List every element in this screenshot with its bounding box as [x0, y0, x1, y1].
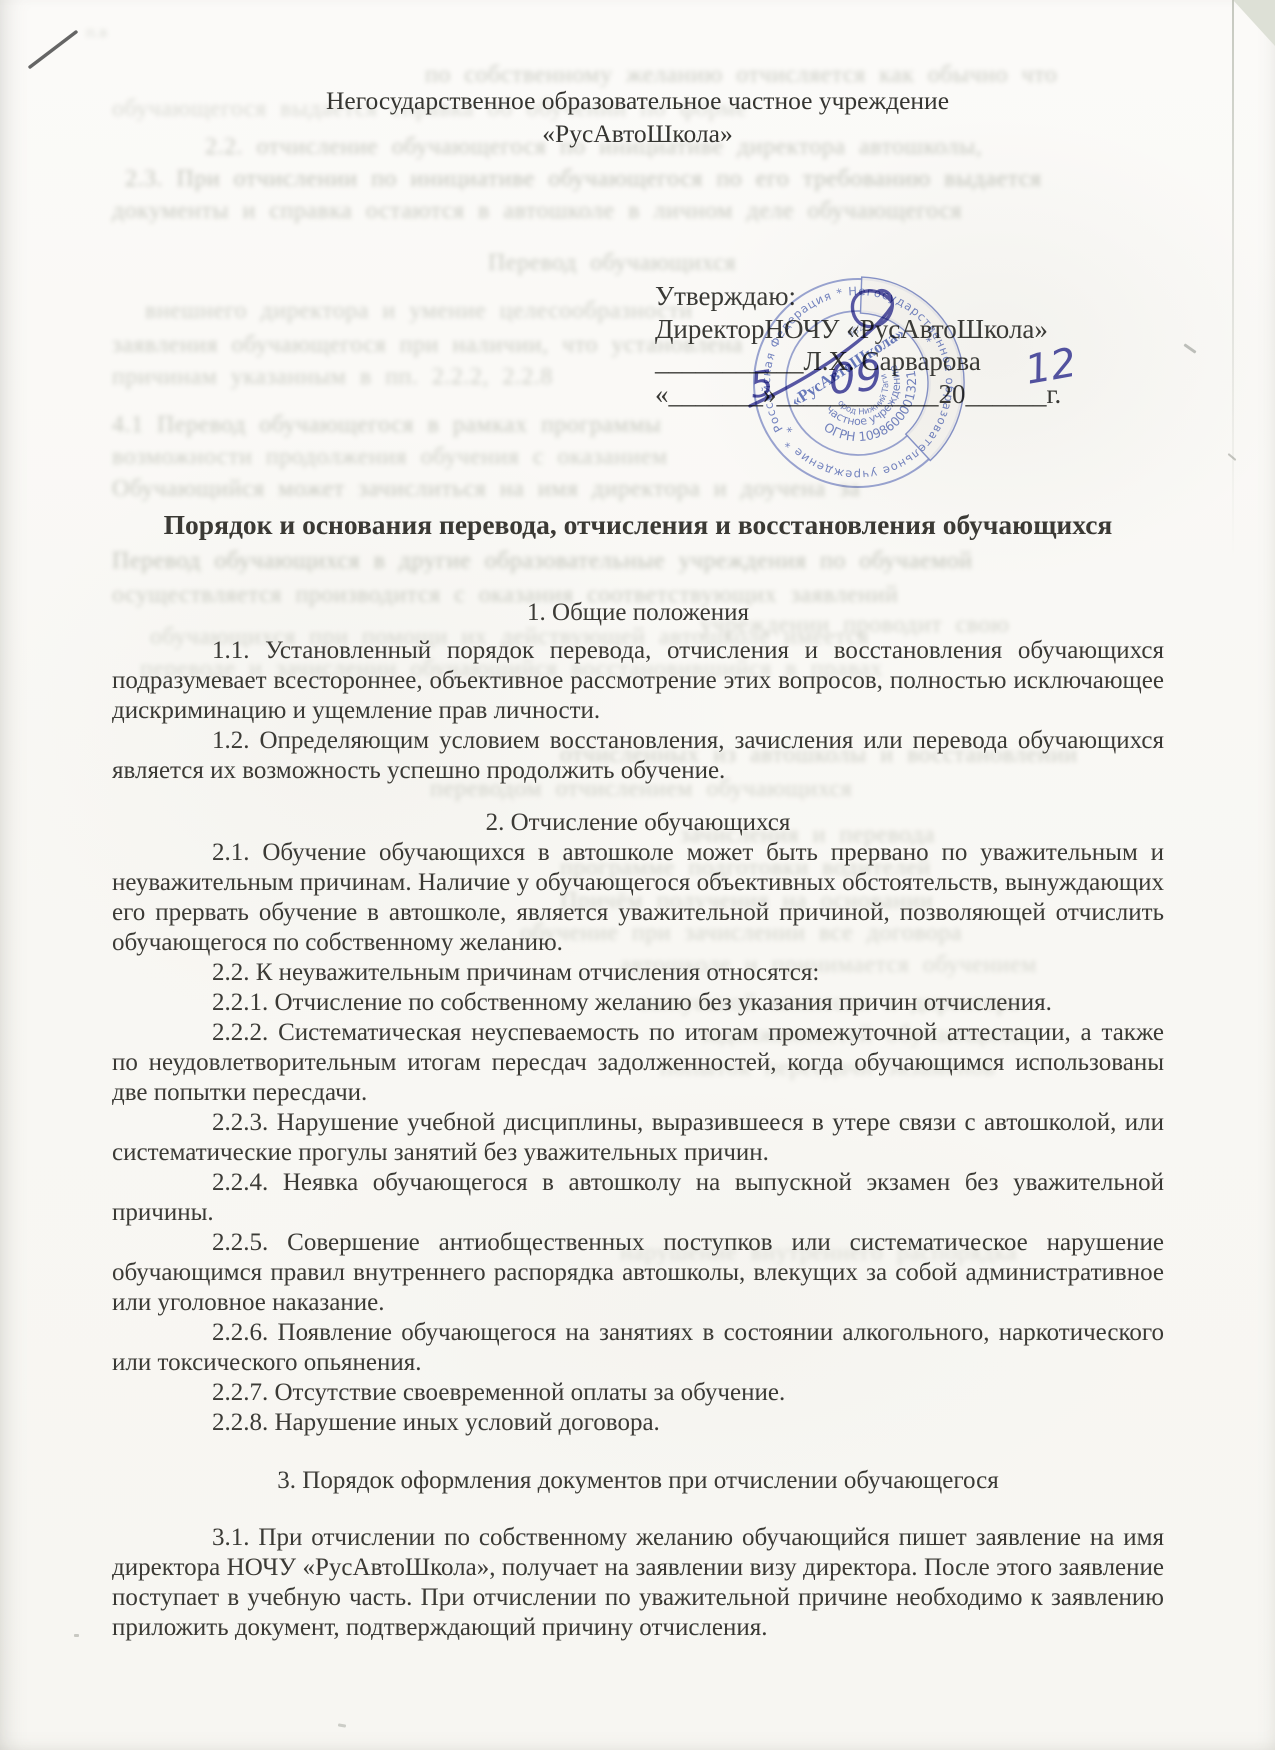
- section-heading-1: 1. Общие положения: [112, 598, 1164, 628]
- scan-speck: [338, 1723, 346, 1727]
- scan-speck: [1183, 343, 1196, 353]
- signature-overlay: 5 09 12: [640, 268, 1120, 438]
- paragraph-2-2-8: 2.2.8. Нарушение иных условий договора.: [112, 1408, 1164, 1438]
- org-name-line2: «РусАвтоШкола»: [0, 117, 1275, 150]
- section-heading-3: 3. Порядок оформления документов при отч…: [112, 1466, 1164, 1496]
- document-title: Порядок и основания перевода, отчисления…: [112, 508, 1164, 542]
- org-name-line1: Негосударственное образовательное частно…: [0, 84, 1275, 117]
- paragraph-1-2: 1.2. Определяющим условием восстановлени…: [112, 726, 1164, 786]
- paragraph-2-2-3: 2.2.3. Нарушение учебной дисциплины, выр…: [112, 1108, 1164, 1168]
- pen-check-mark: [0, 0, 120, 90]
- paragraph-1-1: 1.1. Установленный порядок перевода, отч…: [112, 636, 1164, 726]
- paragraph-2-2-7: 2.2.7. Отсутствие своевременной оплаты з…: [112, 1378, 1164, 1408]
- document-body: Порядок и основания перевода, отчисления…: [112, 508, 1164, 1643]
- handwritten-year: 12: [1022, 340, 1080, 394]
- paragraph-2-2: 2.2. К неуважительным причинам отчислени…: [112, 958, 1164, 988]
- bleed-text-fragment: документы и справка остаются в автошколе…: [112, 198, 962, 225]
- bleed-text-fragment: 4.1 Перевод обучающегося в рамках програ…: [112, 412, 661, 439]
- paragraph-2-2-2: 2.2.2. Систематическая неуспеваемость по…: [112, 1018, 1164, 1108]
- bleed-text-fragment: 2.3. При отчислении по инициативе обучаю…: [125, 166, 1042, 193]
- paragraph-2-2-5: 2.2.5. Совершение антиобщественных посту…: [112, 1228, 1164, 1318]
- org-header: Негосударственное образовательное частно…: [0, 84, 1275, 150]
- bleed-text-fragment: возможности продолжения обучения с оказа…: [112, 444, 668, 471]
- signature-loop: [852, 291, 892, 327]
- bleed-text-fragment: внешнего директора и умение целесообразн…: [145, 298, 693, 325]
- scan-speck: [74, 1634, 79, 1637]
- paragraph-2-2-6: 2.2.6. Появление обучающегося на занятия…: [112, 1318, 1164, 1378]
- scan-corner-artifact: [1233, 0, 1275, 46]
- handwritten-month: 09: [827, 350, 885, 403]
- scanned-document-page: п.впо собственному желанию отчисляется к…: [0, 0, 1275, 1750]
- paragraph-2-1: 2.1. Обучение обучающихся в автошколе мо…: [112, 838, 1164, 958]
- handwritten-day: 5: [748, 363, 776, 407]
- paragraph-2-2-4: 2.2.4. Неявка обучающегося в автошколу н…: [112, 1168, 1164, 1228]
- section-heading-2: 2. Отчисление обучающихся: [112, 808, 1164, 838]
- paragraph-3-1: 3.1. При отчислении по собственному жела…: [112, 1523, 1164, 1643]
- bleed-text-fragment: причинам указанным в пп. 2.2.2, 2.2.8: [112, 364, 553, 391]
- paragraph-2-2-1: 2.2.1. Отчисление по собственному желани…: [112, 988, 1164, 1018]
